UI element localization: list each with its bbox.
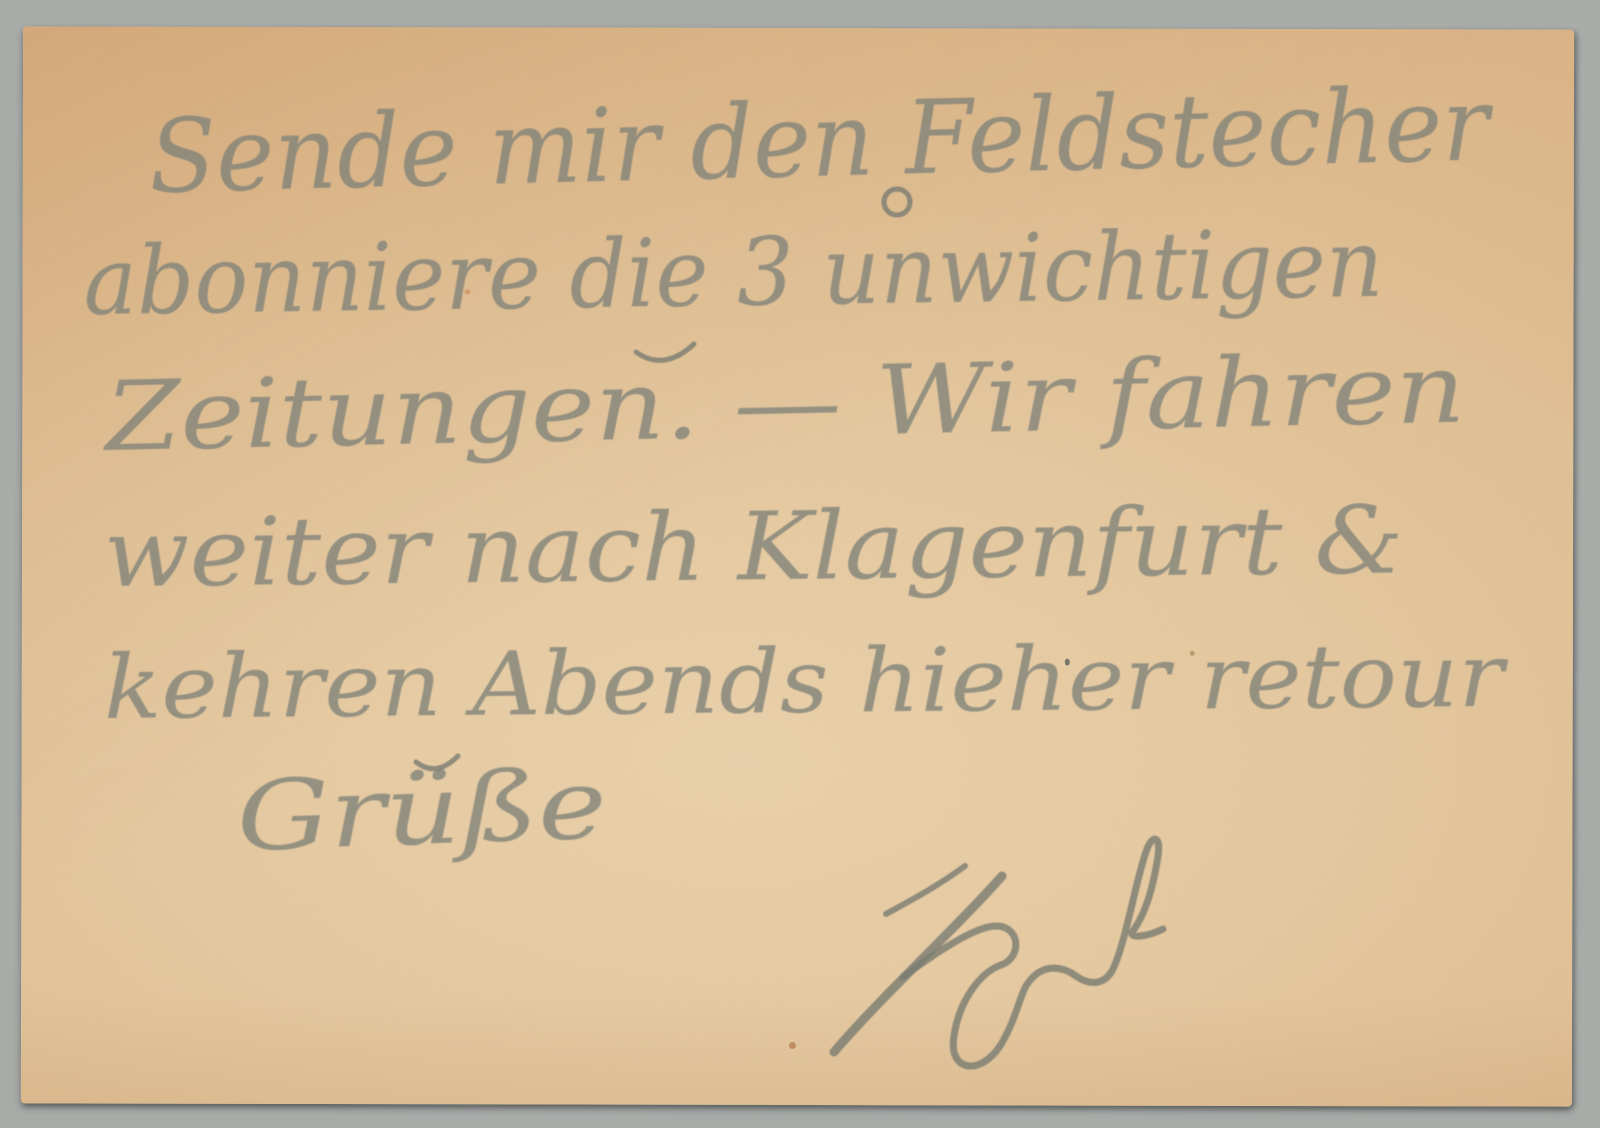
postcard [21, 26, 1574, 1106]
paper-grain-texture [21, 26, 1574, 1106]
scan-background: Sende mir den Feldstecher abonniere die … [0, 0, 1600, 1128]
